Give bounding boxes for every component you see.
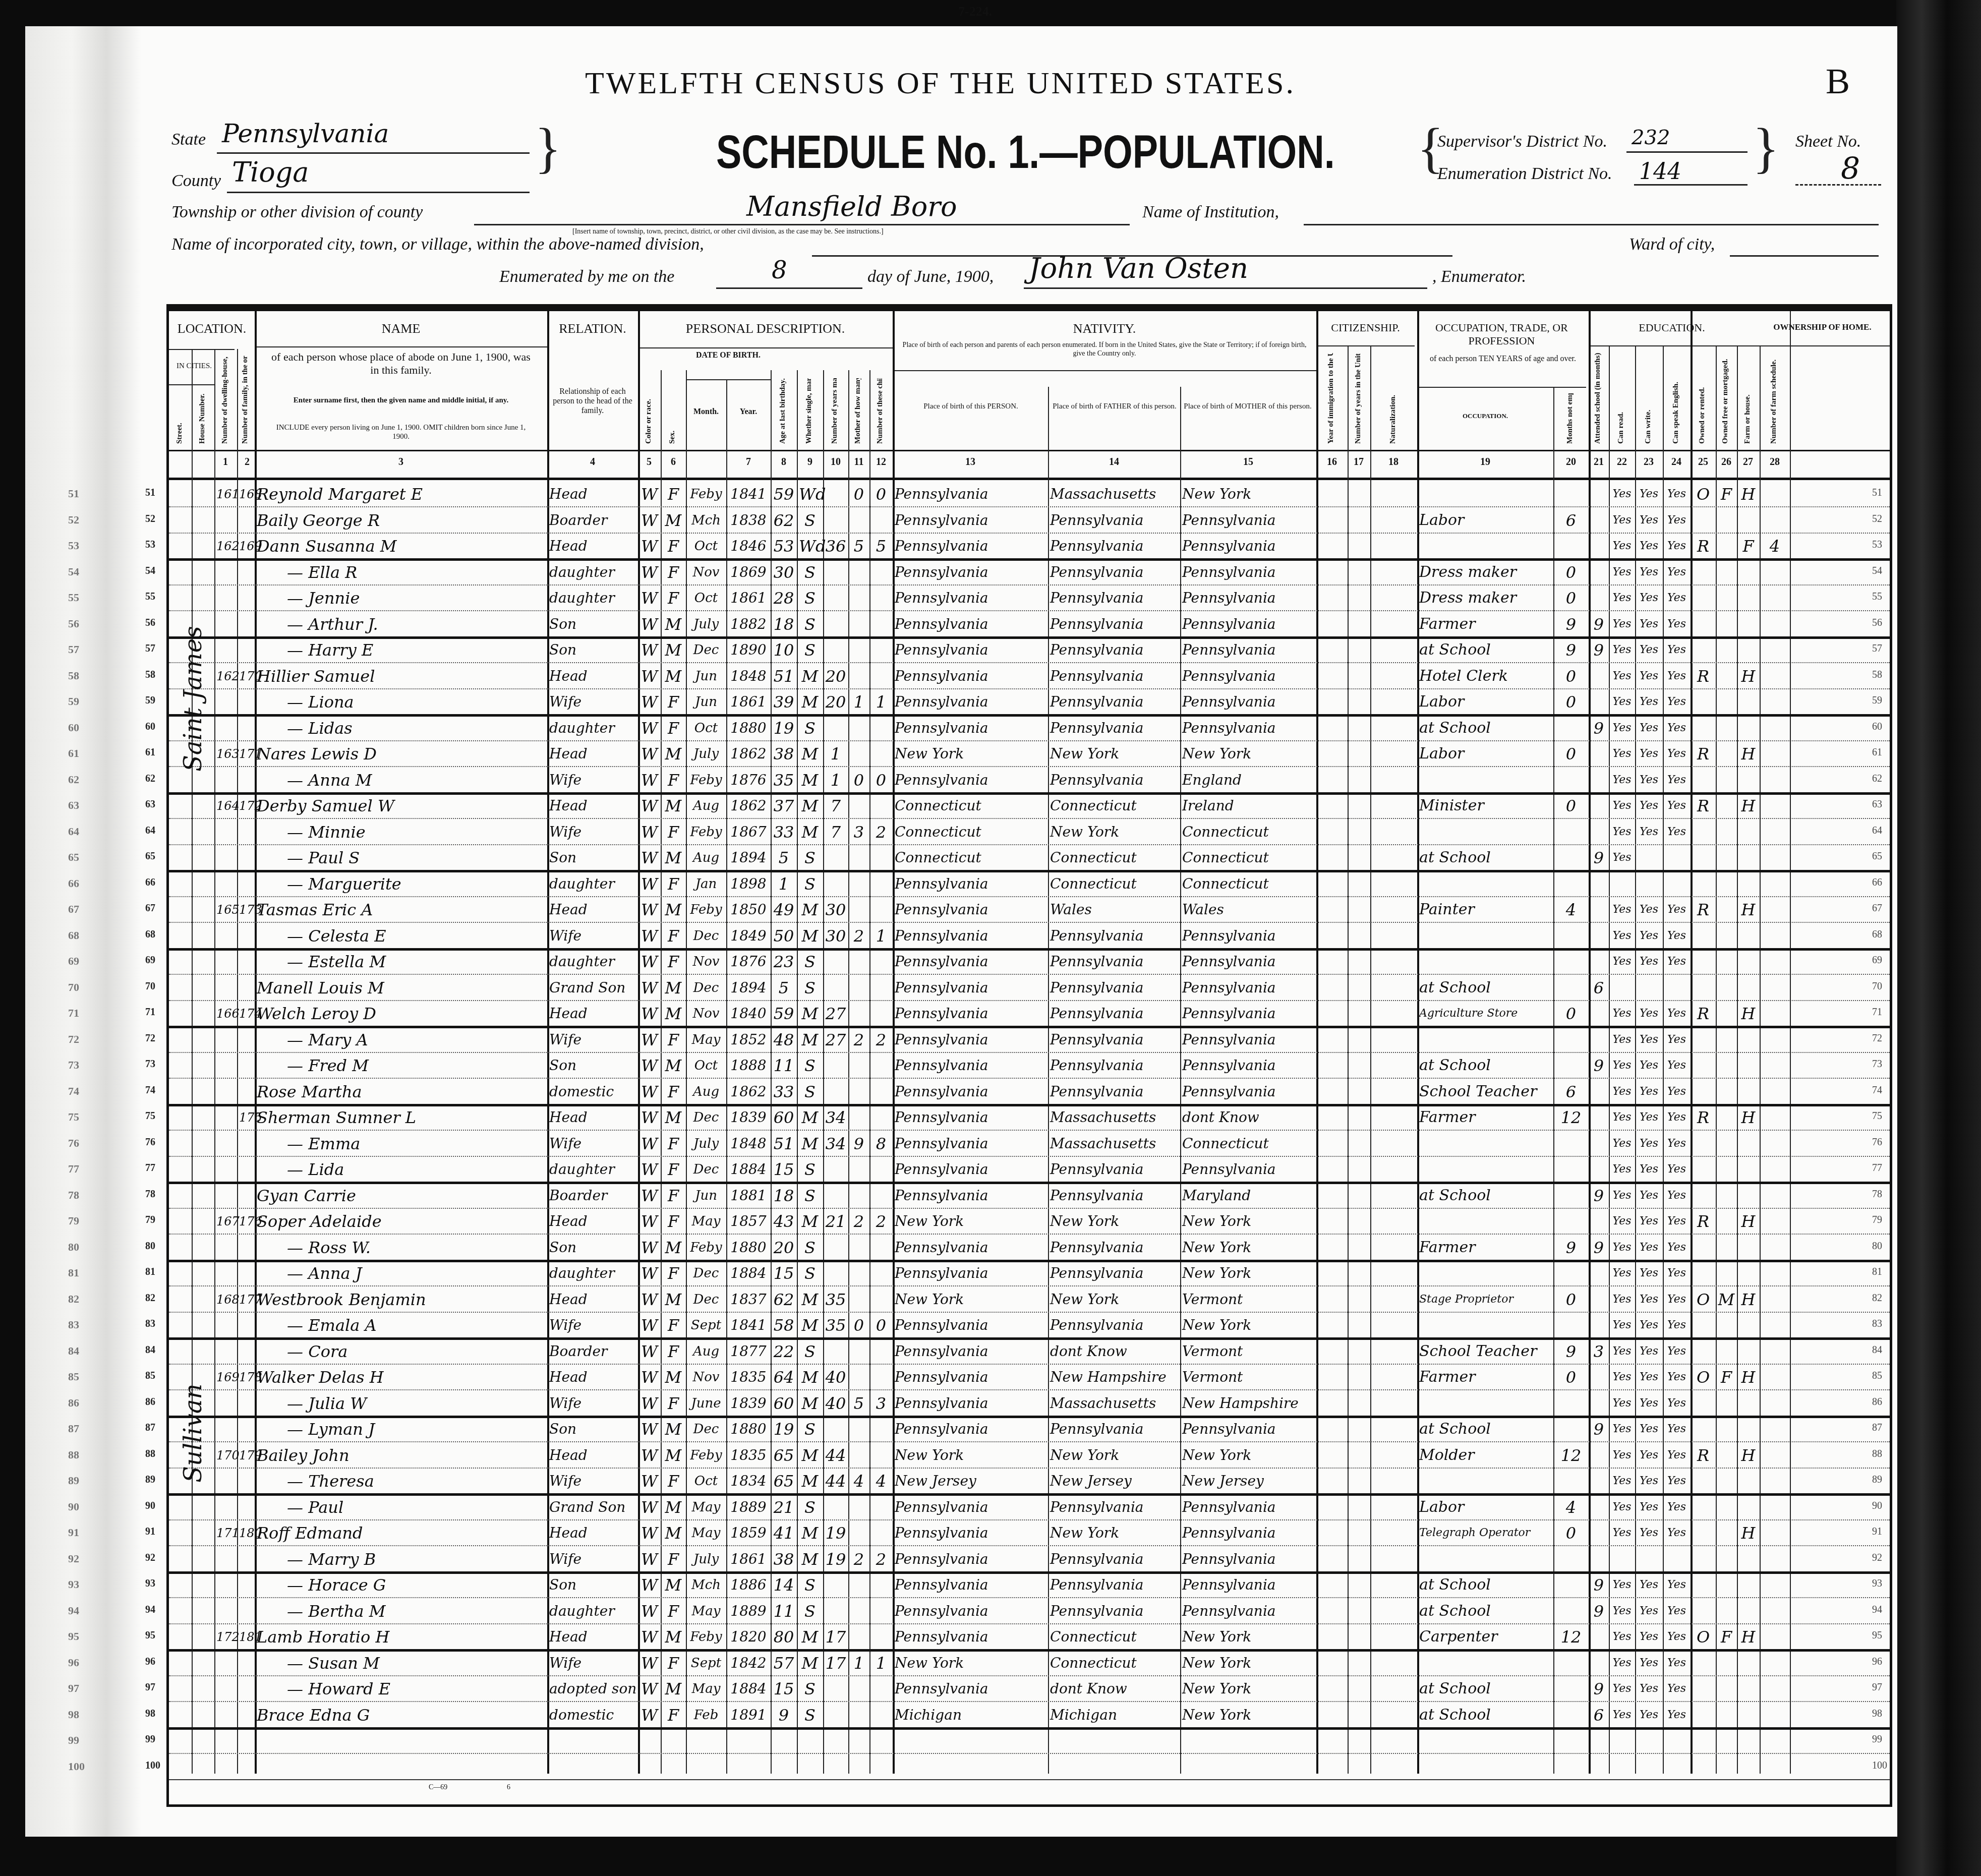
cell-color: W xyxy=(640,1470,659,1492)
cell-free xyxy=(1718,1470,1735,1492)
cell-sex: M xyxy=(663,1237,684,1259)
cell-age: 38 xyxy=(773,743,795,765)
cell-living xyxy=(871,1106,891,1129)
cell-write: Yes xyxy=(1637,639,1661,661)
cell-name: Soper Adelaide xyxy=(257,1210,545,1233)
cell-write xyxy=(1637,977,1661,999)
township-field[interactable]: Mansfield Boro xyxy=(746,191,957,222)
cell-living xyxy=(871,1600,891,1622)
cell-mother-of xyxy=(850,613,867,635)
cell-owned xyxy=(1693,1652,1714,1674)
table-row: — Celesta EWifeWFDec184950M3021Pennsylva… xyxy=(169,922,1890,951)
cell-mother-of xyxy=(850,1158,867,1181)
cell-school: 9 xyxy=(1591,1600,1607,1622)
cell-bp-father: Pennsylvania xyxy=(1050,1496,1178,1518)
line-number: 85 xyxy=(145,1370,155,1382)
cell-school: 9 xyxy=(1591,1054,1607,1077)
cell-year: 1859 xyxy=(728,1522,769,1544)
cell-living: 8 xyxy=(871,1133,891,1155)
cell-farm-sched xyxy=(1762,743,1788,765)
cell-year: 1862 xyxy=(728,743,769,765)
cell-school xyxy=(1591,1158,1607,1181)
cell-bp-mother: New Jersey xyxy=(1182,1470,1314,1492)
cell-occupation xyxy=(1419,483,1551,505)
column-number: 3 xyxy=(391,456,411,468)
cell-month: July xyxy=(688,1548,724,1570)
cell-bp-person: New York xyxy=(895,1210,1046,1233)
cell-farm xyxy=(1739,925,1758,947)
column-number: 1 xyxy=(215,456,236,468)
cell-bp-father: Pennsylvania xyxy=(1050,1003,1178,1025)
cell-family: 168 xyxy=(239,483,253,505)
cell-free xyxy=(1718,1704,1735,1726)
sheet-field[interactable]: 8 xyxy=(1841,151,1860,187)
vertical-header: Sex. xyxy=(668,378,677,444)
table-row: — Ella RdaughterWFNov186930SPennsylvania… xyxy=(169,558,1890,585)
cell-mother-of xyxy=(850,1678,867,1700)
cell-dwelling: 167 xyxy=(216,1210,235,1233)
cell-name: — Lidas xyxy=(257,717,575,739)
cell-english: Yes xyxy=(1665,639,1688,661)
column-number: 24 xyxy=(1666,456,1686,468)
column-number: 17 xyxy=(1349,456,1369,468)
cell-english: Yes xyxy=(1665,1262,1688,1284)
cell-write: Yes xyxy=(1637,1237,1661,1259)
cell-owned xyxy=(1693,1392,1714,1415)
cell-color: W xyxy=(640,1340,659,1363)
cell-sex: M xyxy=(663,1366,684,1388)
cell-relation: Wife xyxy=(549,1133,636,1155)
line-number: 65 xyxy=(145,851,155,862)
line-number: 60 xyxy=(145,721,155,733)
rule xyxy=(686,379,771,380)
cell-write: Yes xyxy=(1637,1262,1661,1284)
cell-free xyxy=(1718,1081,1735,1103)
line-number-right: 99 xyxy=(1872,1734,1882,1745)
township-label: Township or other division of county xyxy=(171,203,423,222)
line-number: 54 xyxy=(145,565,155,577)
cell-bp-person: Connecticut xyxy=(895,795,1046,817)
cell-sex: F xyxy=(663,717,684,739)
cell-family xyxy=(239,1185,253,1207)
ghost-line-number: 57 xyxy=(68,643,79,656)
cell-dwelling xyxy=(216,613,235,635)
line-number-right: 85 xyxy=(1872,1370,1882,1382)
cell-relation: daughter xyxy=(549,1158,636,1181)
cell-bp-person: Pennsylvania xyxy=(895,483,1046,505)
cell-mother-of xyxy=(850,977,867,999)
table-row: 163171Nares Lewis DHeadWMJuly186238M1New… xyxy=(169,740,1890,767)
table-row: 172181Lamb Horatio HHeadWMFeby182080M17P… xyxy=(169,1623,1890,1652)
cell-months-unemployed: 9 xyxy=(1555,1237,1587,1259)
cell-sex xyxy=(663,1730,684,1752)
cell-age: 33 xyxy=(773,821,795,843)
cell-farm xyxy=(1739,587,1758,609)
enumeration-district-field[interactable]: 144 xyxy=(1639,159,1681,185)
county-field[interactable]: Tioga xyxy=(232,156,309,188)
cell-english: Yes xyxy=(1665,1652,1688,1674)
cell-family xyxy=(239,821,253,843)
table-row: — PaulGrand SonWMMay188921SPennsylvaniaP… xyxy=(169,1493,1890,1520)
cell-living xyxy=(871,1288,891,1311)
cell-year: 1882 xyxy=(728,613,769,635)
cell-age: 37 xyxy=(773,795,795,817)
line-number: 87 xyxy=(145,1422,155,1434)
cell-english: Yes xyxy=(1665,925,1688,947)
cell-bp-father: dont Know xyxy=(1050,1678,1178,1700)
cell-dwelling xyxy=(216,1133,235,1155)
cell-occupation xyxy=(1419,873,1551,895)
cell-farm xyxy=(1739,639,1758,661)
line-number: 69 xyxy=(145,955,155,966)
cell-school xyxy=(1591,1522,1607,1544)
cell-bp-father: Pennsylvania xyxy=(1050,1574,1178,1596)
cell-bp-father: New York xyxy=(1050,743,1178,765)
cell-mother-of xyxy=(850,665,867,687)
cell-occupation xyxy=(1419,1756,1551,1778)
cell-relation: domestic xyxy=(549,1081,636,1103)
cell-farm xyxy=(1739,613,1758,635)
cell-color xyxy=(640,1730,659,1752)
cell-sex: F xyxy=(663,1210,684,1233)
line-number: 59 xyxy=(145,695,155,707)
cell-months-unemployed xyxy=(1555,873,1587,895)
cell-owned xyxy=(1693,1600,1714,1622)
cell-color: W xyxy=(640,1262,659,1284)
cell-name: — Cora xyxy=(257,1340,575,1363)
cell-dwelling xyxy=(216,1756,235,1778)
ghost-line-number: 82 xyxy=(68,1293,79,1306)
cell-farm-sched xyxy=(1762,847,1788,869)
ghost-line-number: 51 xyxy=(68,487,79,500)
cell-bp-mother: Connecticut xyxy=(1182,873,1314,895)
cell-family xyxy=(239,951,253,973)
cell-month: Nov xyxy=(688,561,724,583)
footer-mark: 6 xyxy=(507,1784,510,1792)
cell-school: 9 xyxy=(1591,1418,1607,1440)
column-number: 15 xyxy=(1238,456,1258,468)
cell-sex: M xyxy=(663,665,684,687)
cell-read: Yes xyxy=(1611,1003,1633,1025)
cell-bp-father: Pennsylvania xyxy=(1050,1314,1178,1336)
cell-name: — Lyman J xyxy=(257,1418,575,1440)
cell-family xyxy=(239,1054,253,1077)
line-number: 99 xyxy=(145,1734,155,1745)
cell-year: 1884 xyxy=(728,1262,769,1284)
cell-owned xyxy=(1693,1730,1714,1752)
line-number: 82 xyxy=(145,1293,155,1304)
enumerated-day-field[interactable]: 8 xyxy=(772,256,787,284)
cell-mother-of: 0 xyxy=(850,1314,867,1336)
line-number: 70 xyxy=(145,981,155,992)
cell-free xyxy=(1718,665,1735,687)
cell-family xyxy=(239,847,253,869)
cell-english: Yes xyxy=(1665,1418,1688,1440)
cell-write: Yes xyxy=(1637,769,1661,791)
cell-living: 2 xyxy=(871,1548,891,1570)
vertical-header: Age at last birthday. xyxy=(779,378,787,444)
cell-year: 1820 xyxy=(728,1626,769,1648)
cell-bp-mother: Maryland xyxy=(1182,1185,1314,1207)
cell-english: Yes xyxy=(1665,1574,1688,1596)
cell-bp-father: Pennsylvania xyxy=(1050,717,1178,739)
cell-months-unemployed: 4 xyxy=(1555,1496,1587,1518)
cell-month: Dec xyxy=(688,977,724,999)
cell-mother-of: 4 xyxy=(850,1470,867,1492)
cell-free xyxy=(1718,1133,1735,1155)
cell-read: Yes xyxy=(1611,639,1633,661)
cell-free xyxy=(1718,1237,1735,1259)
cell-family xyxy=(239,769,253,791)
cell-color: W xyxy=(640,1106,659,1129)
cell-bp-father: New Jersey xyxy=(1050,1470,1178,1492)
cell-farm-sched xyxy=(1762,665,1788,687)
cell-bp-person: Pennsylvania xyxy=(895,769,1046,791)
column-number: 10 xyxy=(826,456,846,468)
cell-family xyxy=(239,1652,253,1674)
vertical-header: Can read. xyxy=(1617,353,1625,444)
cell-marital: S xyxy=(799,1340,821,1363)
ghost-line-number: 87 xyxy=(68,1422,79,1435)
cell-year: 1861 xyxy=(728,691,769,713)
cell-school: 9 xyxy=(1591,613,1607,635)
cell-name: Dann Susanna M xyxy=(257,535,545,557)
cell-name: Welch Leroy D xyxy=(257,1003,545,1025)
cell-year: 1839 xyxy=(728,1106,769,1129)
line-number: 55 xyxy=(145,591,155,603)
cell-school xyxy=(1591,1262,1607,1284)
cell-bp-mother: Vermont xyxy=(1182,1340,1314,1363)
cell-bp-father: Wales xyxy=(1050,899,1178,921)
cell-owned xyxy=(1693,1522,1714,1544)
cell-family: 171 xyxy=(239,743,253,765)
cell-age: 14 xyxy=(773,1574,795,1596)
cell-year: 1880 xyxy=(728,1418,769,1440)
cell-bp-mother: Pennsylvania xyxy=(1182,561,1314,583)
cell-farm xyxy=(1739,1081,1758,1103)
cell-color: W xyxy=(640,1029,659,1051)
cell-bp-person: Pennsylvania xyxy=(895,639,1046,661)
cell-months-unemployed xyxy=(1555,977,1587,999)
cell-age: 22 xyxy=(773,1340,795,1363)
cell-dwelling: 171 xyxy=(216,1522,235,1544)
cell-farm-sched xyxy=(1762,1652,1788,1674)
cell-bp-mother: Pennsylvania xyxy=(1182,1522,1314,1544)
cell-family xyxy=(239,1133,253,1155)
enumerator-signature[interactable]: John Van Osten xyxy=(1029,252,1248,285)
cell-free: M xyxy=(1718,1288,1735,1311)
cell-name: Westbrook Benjamin xyxy=(257,1288,545,1311)
cell-color: W xyxy=(640,821,659,843)
cell-occupation: Dress maker xyxy=(1419,587,1551,609)
column-number: 25 xyxy=(1693,456,1713,468)
cell-occupation: Farmer xyxy=(1419,1237,1551,1259)
table-row: 162170Hillier SamuelHeadWMJun184851M20Pe… xyxy=(169,662,1890,689)
cell-occupation xyxy=(1419,1392,1551,1415)
line-number-right: 97 xyxy=(1872,1682,1882,1693)
column-number: 19 xyxy=(1475,456,1495,468)
cell-family xyxy=(239,1574,253,1596)
cell-bp-father: Pennsylvania xyxy=(1050,769,1178,791)
cell-owned xyxy=(1693,1418,1714,1440)
cell-color: W xyxy=(640,1600,659,1622)
cell-yrs-married: 40 xyxy=(825,1392,846,1415)
cell-name: — Emala A xyxy=(257,1314,575,1336)
cell-school: 9 xyxy=(1591,717,1607,739)
cell-free xyxy=(1718,1392,1735,1415)
cell-living xyxy=(871,717,891,739)
cell-farm: H xyxy=(1739,795,1758,817)
line-number-right: 100 xyxy=(1872,1760,1887,1772)
cell-color: W xyxy=(640,1574,659,1596)
cell-free xyxy=(1718,613,1735,635)
cell-yrs-married xyxy=(825,639,846,661)
cell-english: Yes xyxy=(1665,1522,1688,1544)
cell-free xyxy=(1718,1756,1735,1778)
cell-dwelling xyxy=(216,1678,235,1700)
cell-sex: M xyxy=(663,795,684,817)
cell-school xyxy=(1591,535,1607,557)
cell-name: — Minnie xyxy=(257,821,575,843)
cell-english: Yes xyxy=(1665,1678,1688,1700)
ghost-line-number: 58 xyxy=(68,669,79,682)
cell-occupation: Dress maker xyxy=(1419,561,1551,583)
cell-free xyxy=(1718,1185,1735,1207)
cell-living xyxy=(871,873,891,895)
cell-occupation xyxy=(1419,1652,1551,1674)
cell-relation: Son xyxy=(549,847,636,869)
ghost-line-number: 68 xyxy=(68,929,79,942)
cell-dwelling xyxy=(216,1054,235,1077)
cell-relation: Head xyxy=(549,1522,636,1544)
cell-mother-of xyxy=(850,1730,867,1752)
cell-bp-mother xyxy=(1182,1756,1314,1778)
line-number: 74 xyxy=(145,1085,155,1096)
cell-farm xyxy=(1739,691,1758,713)
cell-bp-father: Pennsylvania xyxy=(1050,1262,1178,1284)
vertical-header: Can speak English. xyxy=(1672,353,1680,444)
cell-months-unemployed: 12 xyxy=(1555,1444,1587,1467)
line-number: 63 xyxy=(145,799,155,810)
cell-months-unemployed xyxy=(1555,1185,1587,1207)
supervisor-district-field[interactable]: 232 xyxy=(1632,126,1670,149)
cell-dwelling xyxy=(216,1029,235,1051)
cell-months-unemployed: 9 xyxy=(1555,1340,1587,1363)
cell-bp-father: Connecticut xyxy=(1050,795,1178,817)
cell-relation: Grand Son xyxy=(549,977,636,999)
cell-owned xyxy=(1693,1756,1714,1778)
ghost-line-number: 73 xyxy=(68,1059,79,1072)
cell-english: Yes xyxy=(1665,1158,1688,1181)
line-number-right: 82 xyxy=(1872,1293,1882,1304)
cell-occupation xyxy=(1419,1470,1551,1492)
cell-dwelling xyxy=(216,847,235,869)
cell-bp-mother: Connecticut xyxy=(1182,821,1314,843)
cell-marital: M xyxy=(799,1444,821,1467)
vertical-header: House Number. xyxy=(198,388,207,444)
cell-english: Yes xyxy=(1665,1029,1688,1051)
ghost-line-number: 52 xyxy=(68,513,79,526)
cell-living: 0 xyxy=(871,1314,891,1336)
cell-month: May xyxy=(688,1522,724,1544)
cell-color: W xyxy=(640,1081,659,1103)
cell-english xyxy=(1665,1548,1688,1570)
cell-marital xyxy=(799,1756,821,1778)
line-number: 80 xyxy=(145,1241,155,1252)
cell-write xyxy=(1637,847,1661,869)
header-name: NAME xyxy=(255,321,547,336)
cell-marital: S xyxy=(799,1496,821,1518)
table-row: Baily George RBoarderWMMch183862SPennsyl… xyxy=(169,506,1890,534)
cell-occupation: Labor xyxy=(1419,743,1551,765)
cell-bp-father: Connecticut xyxy=(1050,873,1178,895)
state-field[interactable]: Pennsylvania xyxy=(222,119,389,148)
cell-family xyxy=(239,1314,253,1336)
cell-owned: O xyxy=(1693,1626,1714,1648)
cell-age: 5 xyxy=(773,977,795,999)
line-number-right: 86 xyxy=(1872,1396,1882,1408)
cell-relation: Head xyxy=(549,1288,636,1311)
cell-occupation: at School xyxy=(1419,639,1551,661)
cell-mother-of xyxy=(850,847,867,869)
line-number-right: 58 xyxy=(1872,669,1882,681)
cell-color: W xyxy=(640,1444,659,1467)
cell-marital: S xyxy=(799,1418,821,1440)
vertical-header: Number of these children living. xyxy=(876,378,885,444)
cell-mother-of xyxy=(850,1418,867,1440)
cell-month: July xyxy=(688,613,724,635)
cell-dwelling xyxy=(216,1496,235,1518)
cell-owned xyxy=(1693,1054,1714,1077)
cell-age: 15 xyxy=(773,1262,795,1284)
cell-yrs-married: 17 xyxy=(825,1652,846,1674)
cell-name: Baily George R xyxy=(257,509,545,532)
cell-marital: M xyxy=(799,1314,821,1336)
cell-dwelling xyxy=(216,925,235,947)
cell-living xyxy=(871,1444,891,1467)
cell-bp-father: Connecticut xyxy=(1050,1652,1178,1674)
cell-occupation: Farmer xyxy=(1419,1106,1551,1129)
cell-months-unemployed: 4 xyxy=(1555,899,1587,921)
cell-dwelling xyxy=(216,977,235,999)
cell-sex: M xyxy=(663,1003,684,1025)
cell-write xyxy=(1637,1756,1661,1778)
cell-family xyxy=(239,691,253,713)
cell-bp-mother: New York xyxy=(1182,1210,1314,1233)
cell-color: W xyxy=(640,1626,659,1648)
cell-relation: Son xyxy=(549,639,636,661)
cell-bp-mother: England xyxy=(1182,769,1314,791)
cell-age: 15 xyxy=(773,1678,795,1700)
cell-living xyxy=(871,951,891,973)
cell-months-unemployed: 12 xyxy=(1555,1106,1587,1129)
enumerated-suffix: day of June, 1900, xyxy=(867,267,994,286)
cell-family xyxy=(239,1029,253,1051)
cell-farm-sched xyxy=(1762,1210,1788,1233)
cell-year: 1877 xyxy=(728,1340,769,1363)
cell-read: Yes xyxy=(1611,587,1633,609)
cell-age: 5 xyxy=(773,847,795,869)
table-row: — Estella MdaughterWFNov187623SPennsylva… xyxy=(169,948,1890,975)
cell-write: Yes xyxy=(1637,1081,1661,1103)
cell-month: Aug xyxy=(688,1081,724,1103)
cell-mother-of: 9 xyxy=(850,1133,867,1155)
cell-family: 169 xyxy=(239,535,253,557)
cell-bp-person: Pennsylvania xyxy=(895,1496,1046,1518)
cell-farm-sched xyxy=(1762,691,1788,713)
cell-school xyxy=(1591,1106,1607,1129)
ghost-line-number: 91 xyxy=(68,1526,79,1539)
